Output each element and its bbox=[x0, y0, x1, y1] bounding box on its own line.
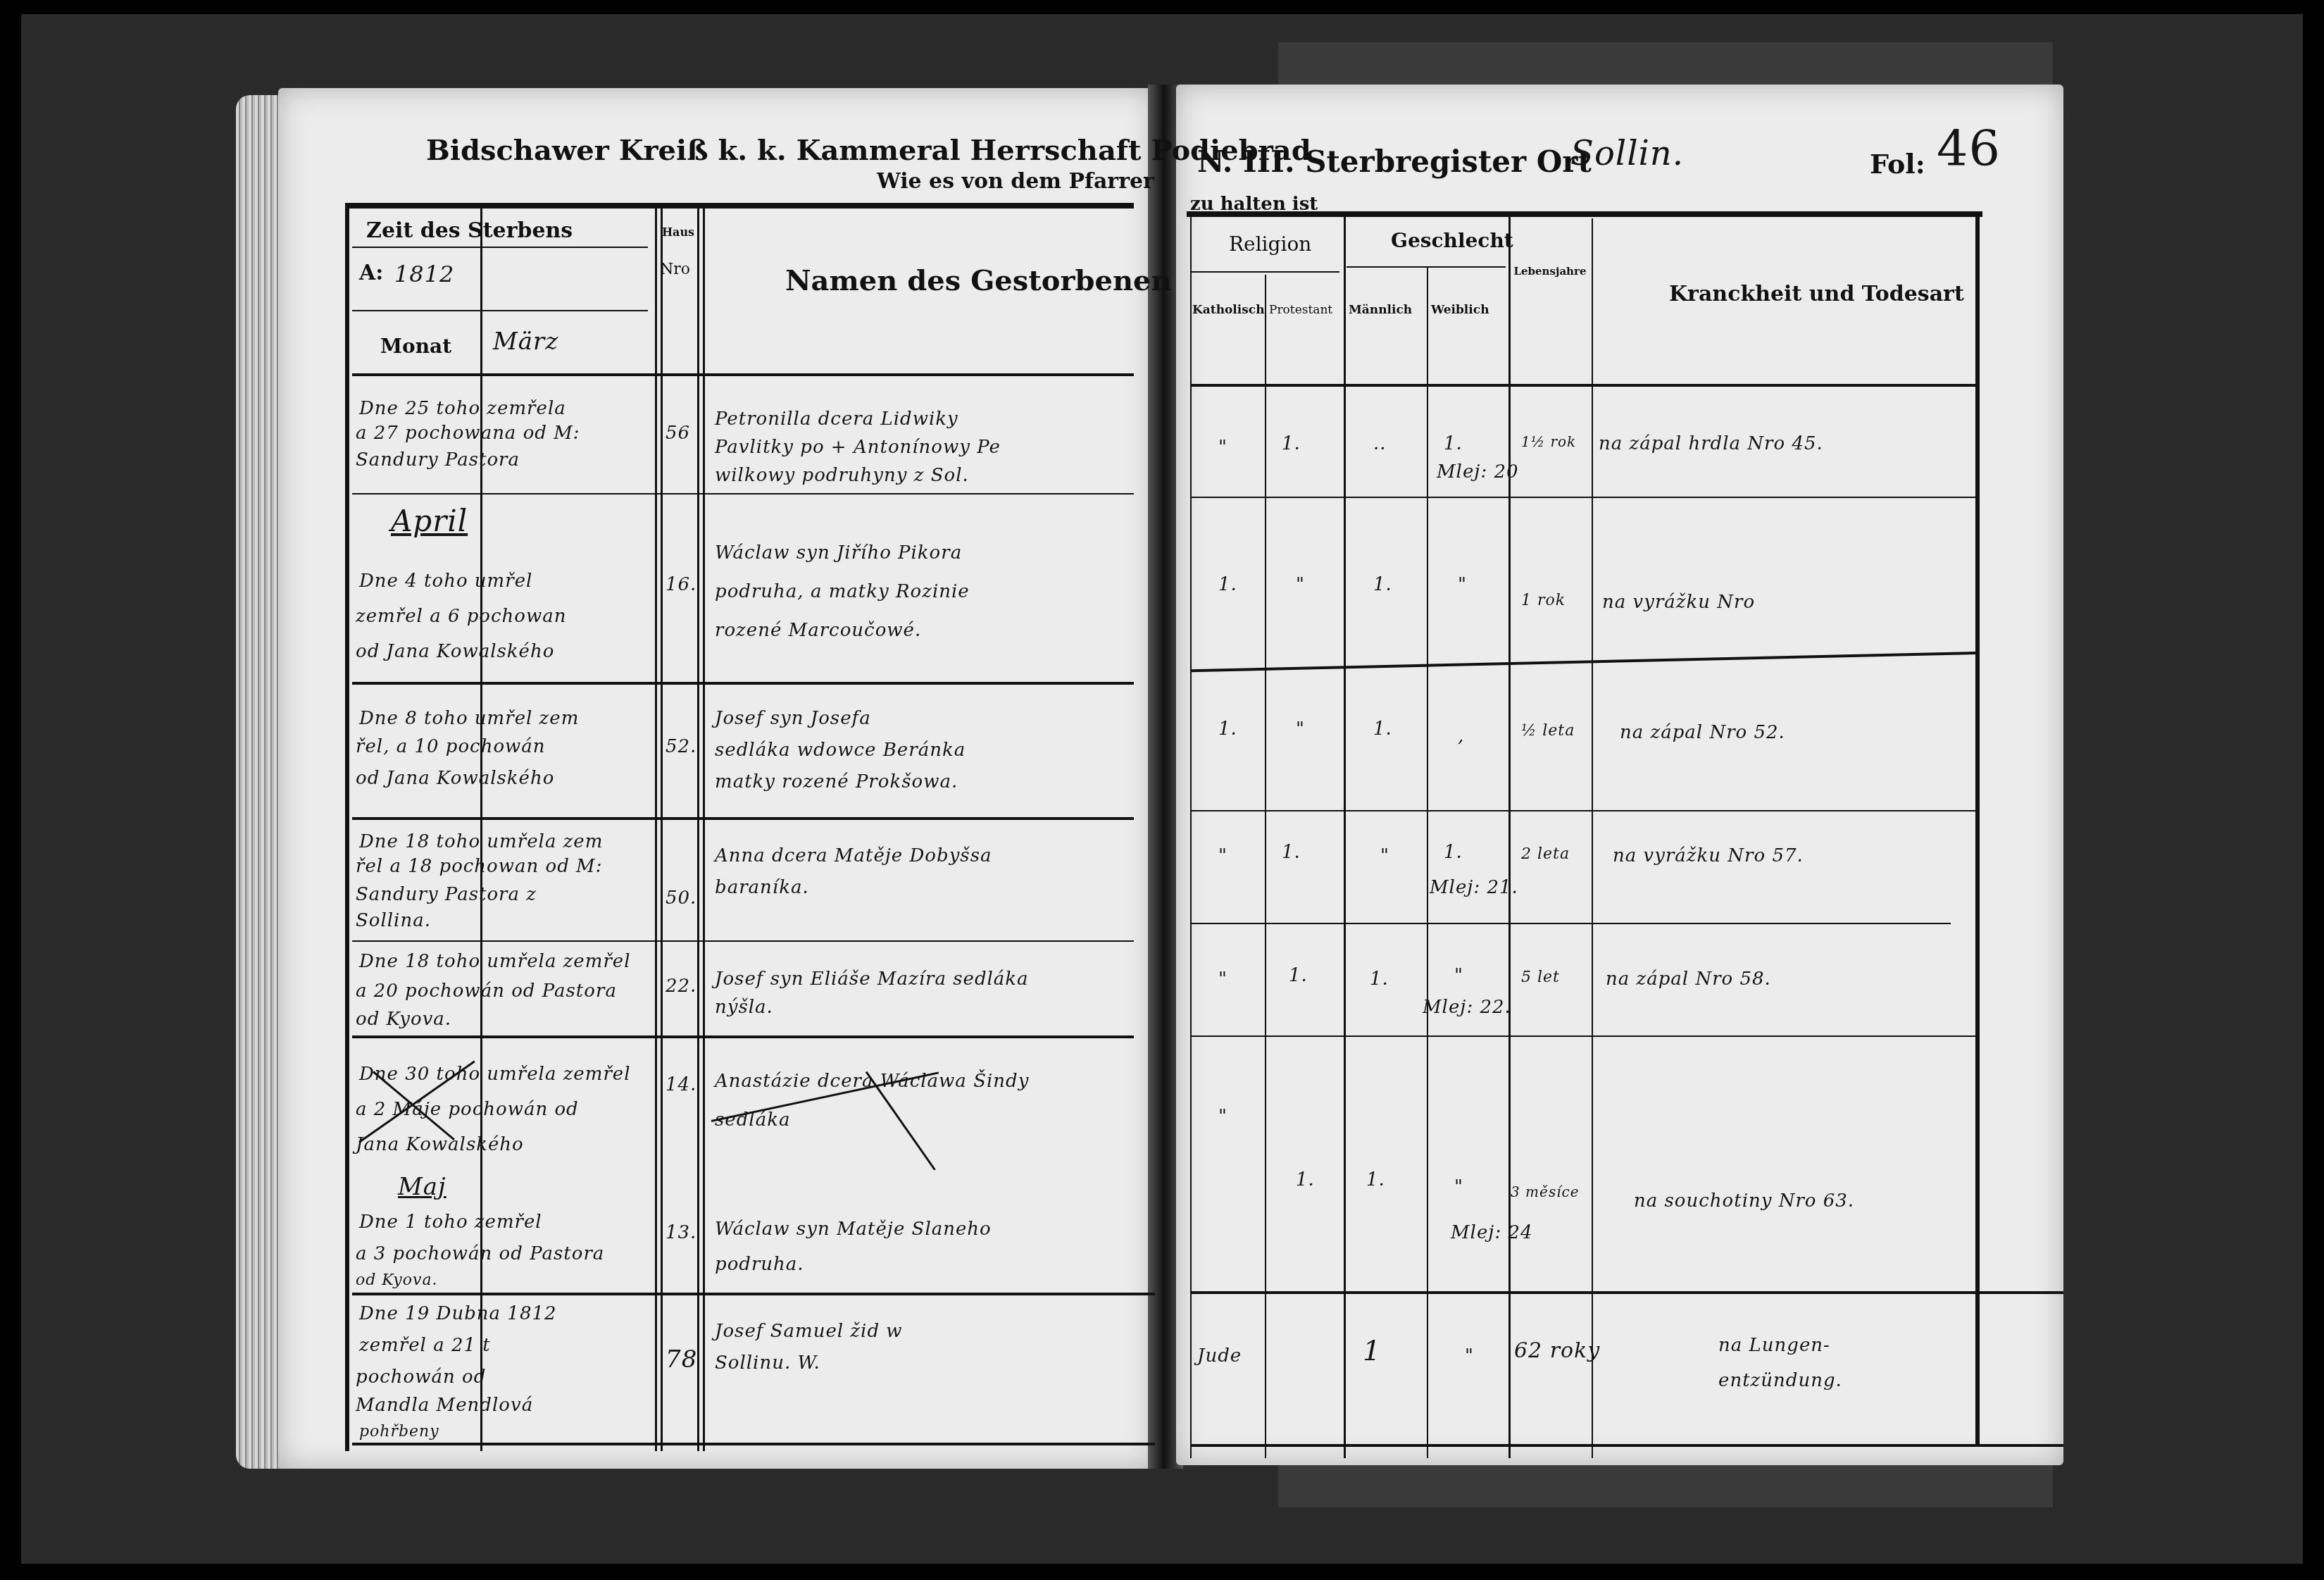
header-age: Lebensjahre bbox=[1511, 247, 1589, 296]
col-divider-date-house-2 bbox=[661, 204, 663, 1451]
row-divider bbox=[352, 493, 1134, 494]
entry-4-date-line: Sollina. bbox=[356, 910, 431, 931]
header-subrule bbox=[1347, 266, 1506, 268]
entry-5-date-line: Dne 18 toho umřela zemřel bbox=[359, 951, 631, 972]
entry-2-name-line: podruha, a matky Rozinie bbox=[715, 581, 970, 602]
entry-2-cause: na vyrážku Nro bbox=[1602, 592, 1755, 613]
header-name-of-deceased: Namen des Gestorbenen bbox=[785, 264, 1172, 297]
entry-8-date-line: Dne 19 Dubna 1812 bbox=[359, 1303, 557, 1324]
col-sex-age bbox=[1508, 211, 1511, 1458]
row-divider bbox=[352, 817, 1134, 820]
entry-8-date-line: zemřel a 21 t bbox=[359, 1335, 491, 1356]
entry-8-date-line: Mandla Mendlová bbox=[356, 1395, 533, 1416]
entry-7-house-no: 13. bbox=[666, 1222, 696, 1243]
entry-2-catholic: 1. bbox=[1218, 574, 1237, 595]
entry-6-date-line: a 2 Máje pochowán od bbox=[356, 1099, 579, 1120]
header-year-label: A: bbox=[359, 261, 383, 285]
entry-3-protestant: " bbox=[1296, 719, 1305, 740]
header-month-label: Monat bbox=[380, 335, 451, 358]
entry-4-catholic: " bbox=[1218, 845, 1227, 866]
left-header-bottom-rule bbox=[352, 373, 1134, 376]
entry-8-age: 62 roky bbox=[1514, 1338, 1600, 1363]
row-divider bbox=[352, 682, 1134, 685]
entry-2-date-line: od Jana Kowalského bbox=[356, 641, 554, 662]
entry-2-date-line: Dne 4 toho umřel bbox=[359, 571, 532, 592]
entry-2-name-line: rozené Marcoučowé. bbox=[715, 620, 921, 641]
entry-5-male: 1. bbox=[1370, 969, 1389, 990]
entry-3-female: , bbox=[1458, 726, 1464, 747]
entry-3-name-line: sedláka wdowce Beránka bbox=[715, 740, 966, 761]
entry-6-house-no: 14. bbox=[666, 1074, 696, 1095]
entry-3-age: ½ leta bbox=[1521, 722, 1575, 740]
row-divider bbox=[1190, 810, 1975, 811]
col-male-female bbox=[1427, 268, 1428, 1458]
entry-5-house-no: 22. bbox=[666, 976, 696, 997]
header-house-top: Haus bbox=[662, 225, 694, 239]
header-protestant: Protestant bbox=[1269, 303, 1332, 317]
left-frame-left bbox=[345, 204, 349, 1451]
entry-7-cause: na souchotiny Nro 63. bbox=[1634, 1190, 1854, 1212]
entry-1-date-line: Sandury Pastora bbox=[356, 449, 520, 471]
row-divider bbox=[1190, 1291, 2063, 1294]
entry-3-date-line: Dne 8 toho umřel zem bbox=[359, 708, 579, 729]
row-divider bbox=[1190, 1035, 1975, 1037]
entry-5-date-line: od Kyova. bbox=[356, 1009, 451, 1030]
entry-7-name-line: podruha. bbox=[715, 1254, 804, 1275]
folio-label: Fol: bbox=[1870, 148, 1925, 180]
entry-1-house-no: 56 bbox=[666, 423, 690, 444]
right-header-bottom-rule bbox=[1190, 384, 1975, 387]
entry-7-date-line: a 3 pochowán od Pastora bbox=[356, 1243, 604, 1264]
entry-1-female: 1. bbox=[1444, 433, 1463, 454]
entry-3-name-line: matky rozené Prokšowa. bbox=[715, 771, 958, 792]
entry-4-name-line: baraníka. bbox=[715, 877, 809, 898]
header-year-value: 1812 bbox=[394, 261, 454, 287]
entry-8-male: 1 bbox=[1363, 1335, 1381, 1367]
entry-7-date-line: Dne 1 toho zemřel bbox=[359, 1212, 542, 1233]
entry-1-date-line: a 27 pochowana od M: bbox=[356, 423, 580, 444]
entry-2-month-heading: April bbox=[391, 504, 468, 538]
entry-8-house-no: 78 bbox=[666, 1345, 697, 1374]
header-subrule bbox=[352, 247, 648, 248]
entry-6-date-line: Jana Kowalského bbox=[356, 1134, 524, 1155]
row-divider bbox=[352, 1035, 1134, 1038]
entry-1-male: .. bbox=[1373, 433, 1387, 454]
entry-4-age-note: Mlej: 21. bbox=[1430, 877, 1518, 898]
right-frame-right bbox=[1975, 211, 1980, 1444]
left-page-subtitle: Wie es von dem Pfarrer bbox=[877, 169, 1154, 194]
col-divider-date-house bbox=[655, 204, 657, 1451]
row-divider bbox=[352, 1293, 1155, 1295]
entry-5-age-note: Mlej: 22. bbox=[1423, 997, 1511, 1018]
entry-8-female: " bbox=[1465, 1345, 1474, 1367]
folio-value: 46 bbox=[1937, 120, 2001, 178]
entry-4-date-line: řel a 18 pochowan od M: bbox=[356, 856, 602, 877]
header-subrule bbox=[352, 310, 648, 311]
header-male: Männlich bbox=[1349, 303, 1412, 317]
left-header-rule bbox=[345, 203, 1134, 209]
entry-4-female: 1. bbox=[1444, 842, 1463, 863]
col-religion-sex bbox=[1344, 211, 1346, 1458]
entry-7-age: 3 měsíce bbox=[1511, 1183, 1580, 1200]
entry-4-protestant: 1. bbox=[1282, 842, 1301, 863]
entry-2-male: 1. bbox=[1373, 574, 1392, 595]
row-divider bbox=[352, 940, 1134, 942]
entry-7-age-note: Mlej: 24 bbox=[1451, 1222, 1533, 1243]
col-catholic-left bbox=[1190, 211, 1192, 1458]
entry-5-age: 5 let bbox=[1521, 969, 1560, 986]
entry-1-name-line: Pavlitky po + Antonínowy Pe bbox=[715, 437, 1001, 458]
header-subrule bbox=[1192, 271, 1339, 273]
right-header-rule bbox=[1187, 211, 1982, 217]
entry-4-cause: na vyrážku Nro 57. bbox=[1613, 845, 1804, 866]
entry-1-name-line: wilkowy podruhyny z Sol. bbox=[715, 465, 969, 486]
col-divider-house-name-2 bbox=[703, 204, 705, 1451]
entry-2-name-line: Wáclaw syn Jiřího Pikora bbox=[715, 542, 962, 564]
entry-6-catholic: " bbox=[1218, 1106, 1227, 1127]
entry-7-protestant: 1. bbox=[1296, 1169, 1315, 1190]
entry-5-female: " bbox=[1454, 965, 1463, 986]
entry-5-protestant: 1. bbox=[1289, 965, 1308, 986]
entry-5-date-line: a 20 pochowán od Pastora bbox=[356, 981, 617, 1002]
entry-8-date-line: pohřbeny bbox=[359, 1423, 439, 1441]
entry-3-date-line: od Jana Kowalského bbox=[356, 768, 554, 789]
entry-5-catholic: " bbox=[1218, 969, 1227, 990]
row-divider bbox=[1190, 497, 1975, 498]
register-label: N. III. Sterbregister Ort bbox=[1197, 144, 1592, 179]
row-divider bbox=[1190, 1444, 2063, 1447]
header-month-value: März bbox=[493, 328, 558, 356]
place-value: Sollin. bbox=[1570, 134, 1684, 173]
entry-7-male: 1. bbox=[1366, 1169, 1385, 1190]
entry-4-name-line: Anna dcera Matěje Dobyšsa bbox=[715, 845, 992, 866]
header-sex: Geschlecht bbox=[1391, 229, 1513, 252]
header-catholic: Katholisch bbox=[1192, 303, 1265, 317]
entry-5-name-line: nýšla. bbox=[715, 997, 773, 1018]
entry-1-protestant: 1. bbox=[1282, 433, 1301, 454]
entry-2-protestant: " bbox=[1296, 574, 1305, 595]
entry-4-date-line: Dne 18 toho umřela zem bbox=[359, 831, 603, 852]
col-divider-house-name bbox=[697, 204, 699, 1451]
row-divider bbox=[352, 1443, 1155, 1445]
entry-2-female: " bbox=[1458, 574, 1467, 595]
header-female: Weiblich bbox=[1431, 303, 1489, 317]
entry-2-house-no: 16. bbox=[666, 574, 696, 595]
col-age-cause bbox=[1592, 218, 1593, 1458]
entry-8-date-line: pochowán od bbox=[356, 1367, 486, 1388]
entry-2-age: 1 rok bbox=[1521, 592, 1566, 609]
entry-1-catholic: " bbox=[1218, 437, 1227, 458]
entry-4-date-line: Sandury Pastora z bbox=[356, 884, 537, 905]
entry-7-date-line: od Kyova. bbox=[356, 1271, 438, 1289]
entry-4-male: " bbox=[1380, 845, 1389, 866]
entry-1-name-line: Petronilla dcera Lidwiky bbox=[715, 409, 958, 430]
entry-1-cause: na zápal hrdla Nro 45. bbox=[1599, 433, 1823, 454]
entry-2-date-line: zemřel a 6 pochowan bbox=[356, 606, 566, 627]
entry-7-month-heading: Maj bbox=[398, 1173, 446, 1201]
entry-1-age-note: Mlej: 20 bbox=[1437, 461, 1519, 483]
entry-4-house-no: 50. bbox=[666, 888, 696, 909]
entry-7-female: " bbox=[1454, 1176, 1463, 1198]
entry-3-name-line: Josef syn Josefa bbox=[715, 708, 871, 729]
entry-3-male: 1. bbox=[1373, 719, 1392, 740]
left-page-title: Bidschawer Kreiß k. k. Kammeral Herrscha… bbox=[426, 134, 1311, 167]
entry-6-date-line: Dne 30 toho umřela zemřel bbox=[359, 1064, 631, 1085]
entry-3-catholic: 1. bbox=[1218, 719, 1237, 740]
entry-8-cause: na Lungen- entzündung. bbox=[1718, 1328, 1880, 1398]
header-house-nro: Nro bbox=[660, 261, 690, 278]
header-cause: Kranckheit und Todesart bbox=[1669, 282, 1964, 306]
header-religion: Religion bbox=[1229, 232, 1311, 256]
entry-4-age: 2 leta bbox=[1521, 845, 1570, 863]
entry-1-date-line: Dne 25 toho zemřela bbox=[359, 398, 566, 419]
row-divider bbox=[1190, 923, 1951, 924]
entry-5-name-line: Josef syn Eliáše Mazíra sedláka bbox=[715, 969, 1029, 990]
entry-5-cause: na zápal Nro 58. bbox=[1606, 969, 1771, 990]
entry-1-age: 1½ rok bbox=[1521, 433, 1576, 450]
entry-8-name-line: Sollinu. W. bbox=[715, 1352, 820, 1374]
entry-8-name-line: Josef Samuel žid w bbox=[715, 1321, 903, 1342]
col-catholic-protestant bbox=[1265, 275, 1266, 1458]
entry-8-catholic: Jude bbox=[1197, 1345, 1242, 1367]
header-time-of-death: Zeit des Sterbens bbox=[366, 218, 573, 243]
entry-3-cause: na zápal Nro 52. bbox=[1620, 722, 1785, 743]
entry-7-name-line: Wáclaw syn Matěje Slaneho bbox=[715, 1219, 992, 1240]
entry-3-house-no: 52. bbox=[666, 736, 696, 757]
entry-3-date-line: řel, a 10 pochowán bbox=[356, 736, 546, 757]
